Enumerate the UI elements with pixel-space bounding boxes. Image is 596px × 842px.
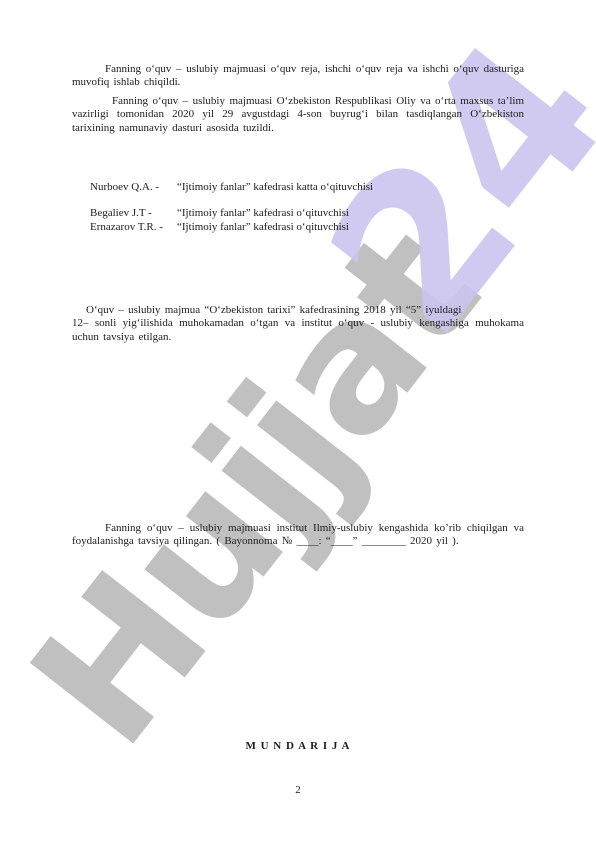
author-name: Begaliev J.T - (90, 207, 177, 220)
author-role: “Ijtimoiy fanlar” kafedrasi katta o‘qitu… (177, 181, 524, 194)
author-name: Ernazarov T.R. - (90, 221, 177, 234)
author-row: Ernazarov T.R. - “Ijtimoiy fanlar” kafed… (72, 221, 524, 234)
paragraph-department-meeting: O‘quv – uslubiy majmua “O‘zbekiston tari… (72, 304, 524, 344)
author-row: Nurboev Q.A. - “Ijtimoiy fanlar” kafedra… (72, 181, 524, 194)
author-name: Nurboev Q.A. - (90, 181, 177, 194)
paragraph-department-meeting-line1: O‘quv – uslubiy majmua “O‘zbekiston tari… (86, 304, 461, 316)
paragraph-department-meeting-rest: 12– sonli yig‘ilishida muhokamadan o‘tga… (72, 317, 524, 342)
toc-heading: M U N D A R I J A (72, 740, 524, 753)
paragraph-ministry-approval: Fanning o‘quv – uslubiy majmuasi O‘zbeki… (72, 95, 524, 135)
author-role: “Ijtimoiy fanlar” kafedrasi o‘qituvchisi (177, 221, 524, 234)
authors-list: Nurboev Q.A. - “Ijtimoiy fanlar” kafedra… (72, 181, 524, 234)
paragraph-intro: Fanning o‘quv – uslubiy majmuasi o‘quv r… (72, 63, 524, 90)
document-content: Fanning o‘quv – uslubiy majmuasi o‘quv r… (0, 0, 596, 842)
document-page: Hujjat 24 Fanning o‘quv – uslubiy majmua… (0, 0, 596, 842)
paragraph-council-approval: Fanning o‘quv – uslubiy majmuasi institu… (72, 522, 524, 549)
author-row: Begaliev J.T - “Ijtimoiy fanlar” kafedra… (72, 207, 524, 220)
author-role: “Ijtimoiy fanlar” kafedrasi o‘qituvchisi (177, 207, 524, 220)
page-number: 2 (72, 784, 524, 797)
